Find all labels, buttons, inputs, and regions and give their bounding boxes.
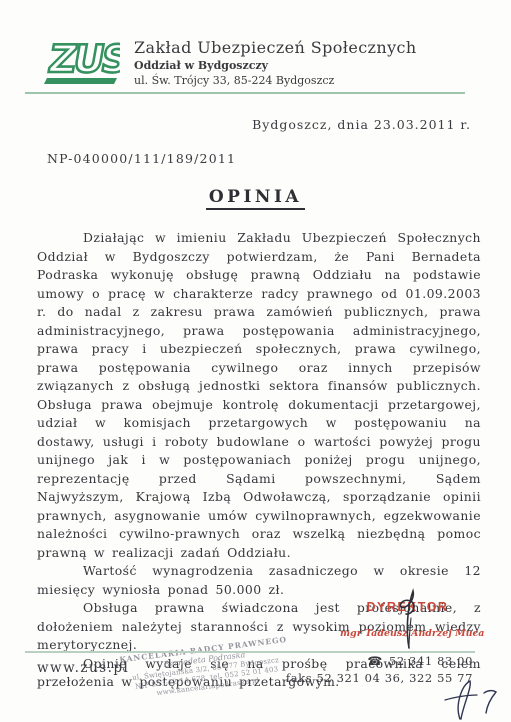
title-row: OPINIA [0, 187, 511, 210]
zus-logo: ZUS [44, 37, 120, 87]
header-rule [25, 92, 465, 94]
org-name: Zakład Ubezpieczeń Społecznych [134, 38, 417, 57]
letterhead-text: Zakład Ubezpieczeń Społecznych Oddział w… [134, 37, 417, 87]
document-title: OPINIA [206, 187, 305, 210]
org-address: ul. Św. Trójcy 33, 85-224 Bydgoszcz [134, 74, 417, 87]
scanned-letter-page: ZUS Zakład Ubezpieczeń Społecznych Oddzi… [0, 0, 511, 722]
svg-text:ZUS: ZUS [45, 37, 120, 82]
handwritten-signature-icon [382, 588, 434, 650]
zus-logo-icon: ZUS [44, 37, 120, 87]
handwritten-paraph-icon [440, 678, 502, 720]
letterhead: ZUS Zakład Ubezpieczeń Społecznych Oddzi… [0, 0, 511, 87]
phone-row: ☎52 341 83 00 [286, 654, 473, 668]
director-signature-block: DYREKTOR mgr Tadeusz Andrzej Muca [340, 600, 475, 639]
paragraph-1: Działając w imieniu Zakładu Ubezpieczeń … [37, 229, 481, 562]
branch-name: Oddział w Bydgoszczy [134, 59, 417, 72]
phone-icon: ☎ [367, 654, 383, 668]
reference-number: NP-040000/111/189/2011 [47, 151, 511, 166]
website-text: www.zus.pl [37, 660, 129, 676]
date-line: Bydgoszcz, dnia 23.03.2011 r. [0, 117, 511, 132]
phone-number: 52 341 83 00 [389, 654, 473, 668]
footer-rule [25, 651, 475, 653]
